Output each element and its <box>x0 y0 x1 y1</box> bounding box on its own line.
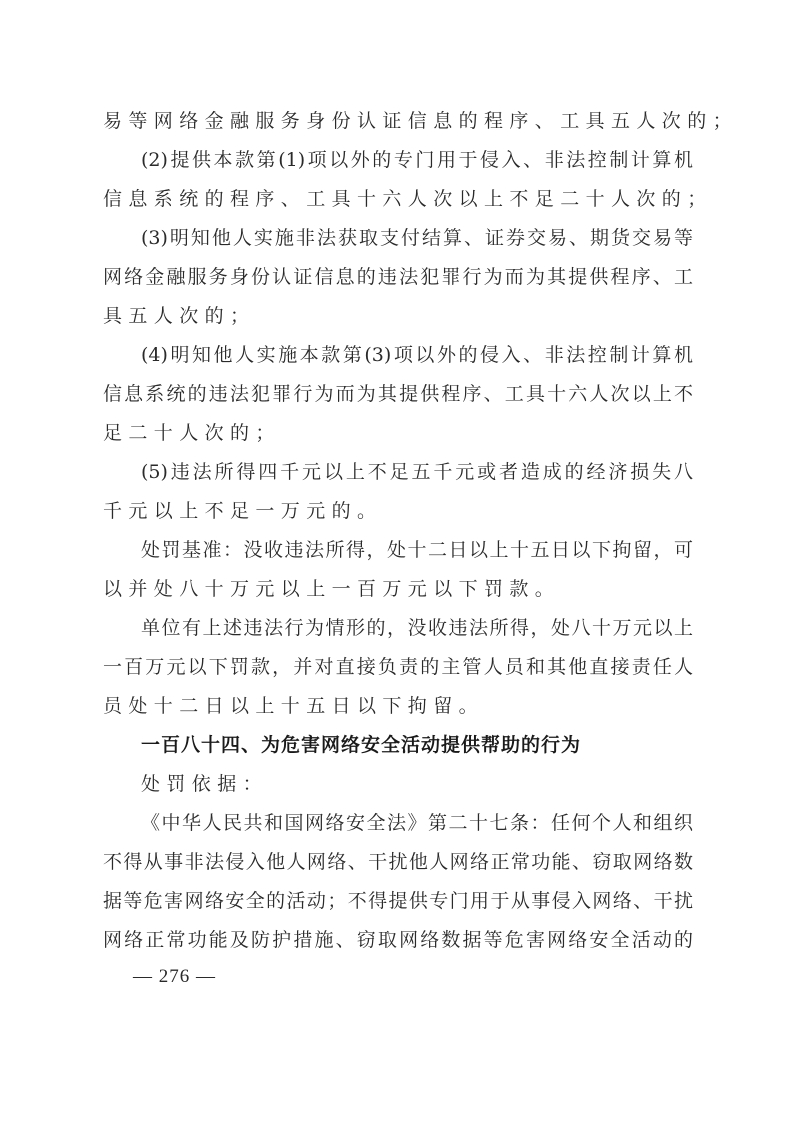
text-line: 千元以上不足一万元的。 <box>103 492 693 531</box>
penalty-standard-paragraph: 处罚基准：没收违法所得，处十二日以上十五日以下拘留，可 <box>103 531 693 570</box>
document-page: 易等网络金融服务身份认证信息的程序、工具五人次的； (2)提供本款第(1)项以外… <box>103 102 693 960</box>
law-citation-paragraph: 《中华人民共和国网络安全法》第二十七条：任何个人和组织 <box>103 804 693 843</box>
text-line: 一百万元以下罚款，并对直接负责的主管人员和其他直接责任人 <box>103 648 693 687</box>
text-line: 以并处八十万元以上一百万元以下罚款。 <box>103 570 693 609</box>
text-line: 足二十人次的； <box>103 414 693 453</box>
section-heading: 一百八十四、为危害网络安全活动提供帮助的行为 <box>103 726 693 765</box>
page-number: — 276 — <box>133 966 216 988</box>
text-line: 易等网络金融服务身份认证信息的程序、工具五人次的； <box>103 102 693 141</box>
list-item-4: (4)明知他人实施本款第(3)项以外的侵入、非法控制计算机 <box>103 336 693 375</box>
list-item-2: (2)提供本款第(1)项以外的专门用于侵入、非法控制计算机 <box>103 141 693 180</box>
text-line: 网络正常功能及防护措施、窃取网络数据等危害网络安全活动的 <box>103 921 693 960</box>
text-line: 员处十二日以上十五日以下拘留。 <box>103 687 693 726</box>
text-line: 信息系统的违法犯罪行为而为其提供程序、工具十六人次以上不 <box>103 375 693 414</box>
list-item-3: (3)明知他人实施非法获取支付结算、证券交易、期货交易等 <box>103 219 693 258</box>
text-line: 据等危害网络安全的活动；不得提供专门用于从事侵入网络、干扰 <box>103 882 693 921</box>
text-line: 网络金融服务身份认证信息的违法犯罪行为而为其提供程序、工 <box>103 258 693 297</box>
text-line: 不得从事非法侵入他人网络、干扰他人网络正常功能、窃取网络数 <box>103 843 693 882</box>
text-line: 具五人次的； <box>103 297 693 336</box>
text-line: 信息系统的程序、工具十六人次以上不足二十人次的； <box>103 180 693 219</box>
list-item-5: (5)违法所得四千元以上不足五千元或者造成的经济损失八 <box>103 453 693 492</box>
unit-penalty-paragraph: 单位有上述违法行为情形的，没收违法所得，处八十万元以上 <box>103 609 693 648</box>
penalty-basis-label: 处罚依据： <box>103 765 693 804</box>
